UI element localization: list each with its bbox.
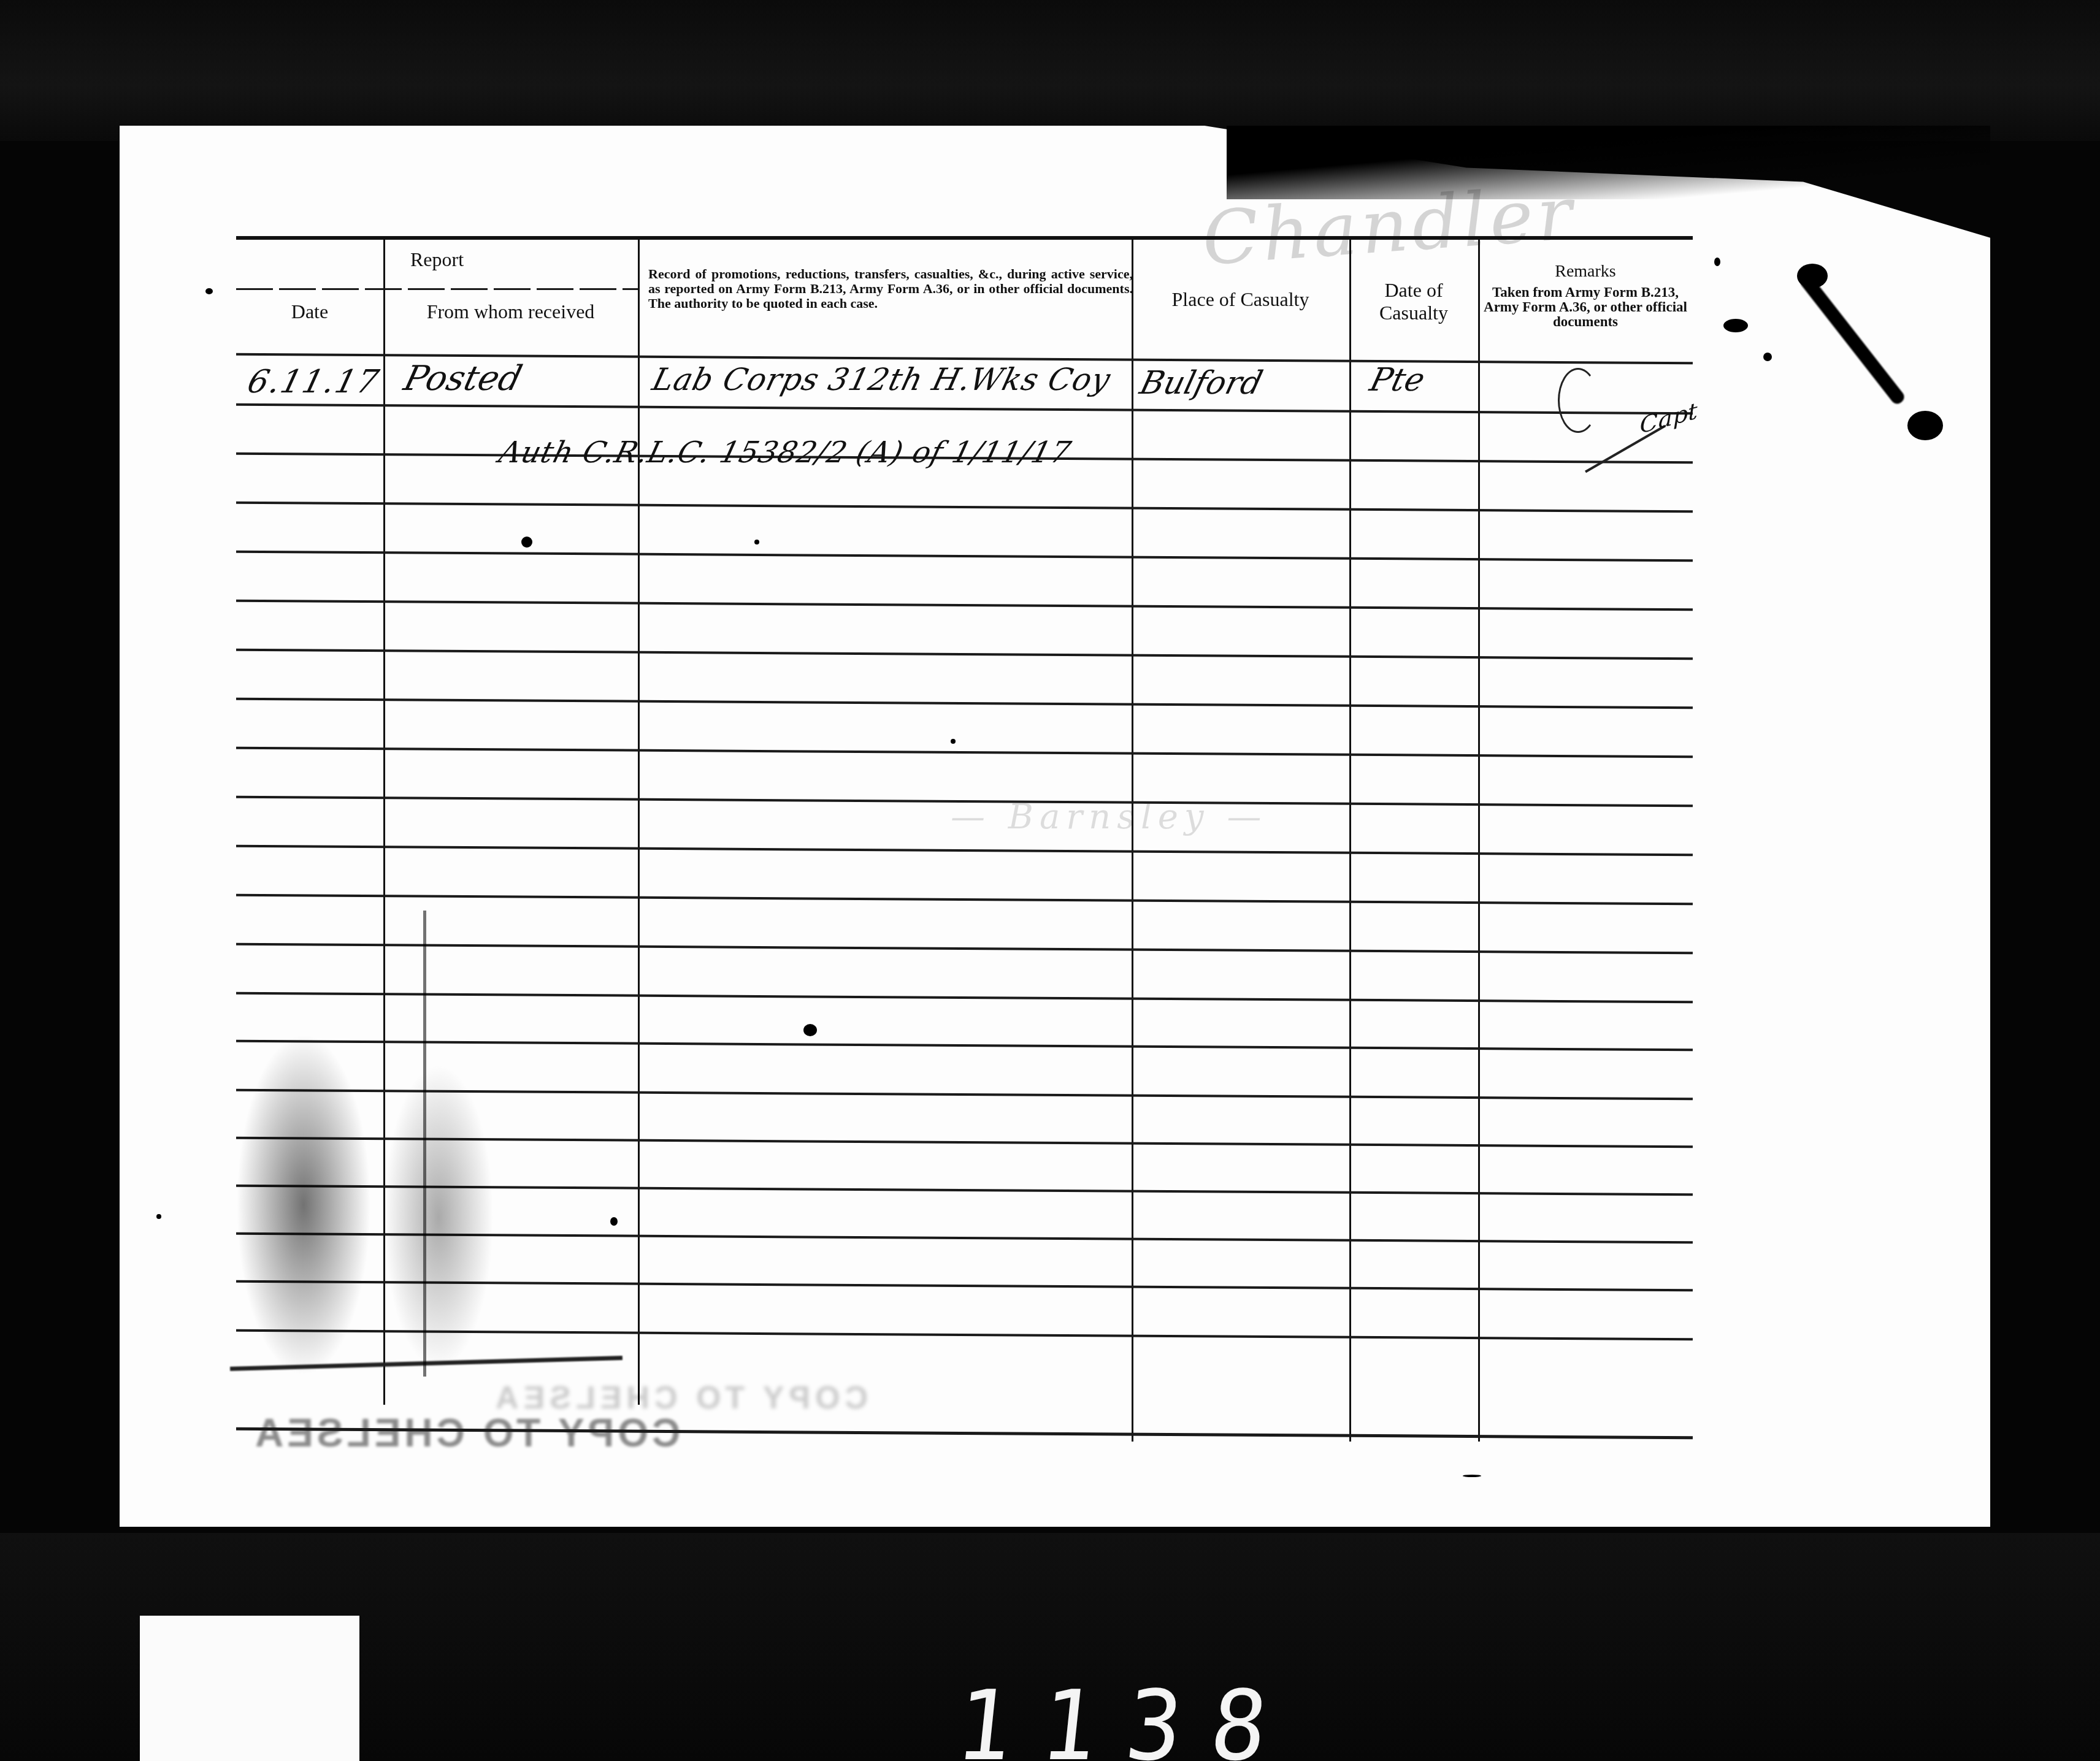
speck [1463, 1475, 1481, 1477]
header-record-of-promotions: Record of promotions, reductions, transf… [648, 267, 1133, 310]
entry-date-of-casualty: Pte [1366, 362, 1429, 399]
header-date-of-casualty: Date of Casualty [1349, 279, 1478, 324]
header-report: Report [236, 248, 638, 271]
frame-digit: 3 [1123, 1690, 1186, 1761]
signature-loop [1558, 368, 1598, 433]
report-subheader-rule [236, 288, 638, 290]
header-from-whom-received: From whom received [383, 300, 638, 323]
table-bottom-rule [236, 1427, 1693, 1440]
entry-place-of-casualty: Bulford [1136, 365, 1267, 402]
bleed-through-stamp-secondary: COPY TO CHELSEA [491, 1380, 868, 1416]
column-divider-datecas [1478, 240, 1480, 1442]
fold-mark [423, 911, 426, 1377]
table-row-line [236, 992, 1693, 1004]
table-row-line [236, 796, 1693, 808]
entry-from-whom: Posted [400, 359, 526, 399]
speck [951, 739, 956, 744]
speck [156, 1214, 161, 1219]
speck [754, 540, 759, 544]
entry-record: Lab Corps 312th H.Wks Coy [649, 362, 1114, 397]
table-row-line [236, 698, 1693, 709]
ink-speck [1714, 258, 1720, 266]
table-row-line [236, 649, 1693, 660]
column-divider-place [1349, 240, 1351, 1442]
film-label-block [140, 1616, 359, 1761]
ink-speck [1763, 353, 1772, 361]
header-date: Date [236, 300, 383, 323]
casualty-record-table: Report Date From whom received Record of… [236, 236, 1693, 1441]
scuff-marks [236, 1033, 371, 1377]
table-row-line [236, 502, 1693, 513]
entry-remarks-signature: Capt [1639, 397, 1698, 438]
speck [205, 288, 213, 294]
frame-digit: 1 [1038, 1690, 1100, 1761]
speck [521, 537, 532, 548]
table-top-rule [236, 236, 1693, 240]
table-row-line [236, 1040, 1693, 1052]
column-divider-from [638, 240, 640, 1405]
header-remarks-subtitle: Taken from Army Form B.213, Army Form A.… [1478, 285, 1693, 329]
ink-blot [1907, 411, 1943, 440]
table-row-line [236, 894, 1693, 906]
table-row-line [236, 403, 1693, 415]
frame-digit: 1 [953, 1690, 1016, 1761]
ink-blot [1723, 319, 1748, 332]
header-place-of-casualty: Place of Casualty [1132, 288, 1349, 311]
scuff-marks [383, 1064, 494, 1370]
table-row-line [236, 845, 1693, 857]
table-row-line [236, 943, 1693, 955]
frame-counter: 1 1 3 8 [957, 1683, 1227, 1760]
column-divider-record [1132, 240, 1133, 1442]
entry-date: 6.11.17 [244, 364, 383, 400]
header-remarks: Remarks [1478, 262, 1693, 281]
film-background-top [0, 0, 2100, 141]
speck [803, 1024, 817, 1036]
table-row-line [236, 600, 1693, 611]
speck [610, 1217, 618, 1226]
table-row-line [236, 747, 1693, 758]
table-row-line [236, 551, 1693, 562]
frame-digit: 8 [1208, 1690, 1270, 1761]
entry-authority: Auth C.R.L.C. 15382/2 (A) of 1/11/17 [496, 435, 1075, 470]
